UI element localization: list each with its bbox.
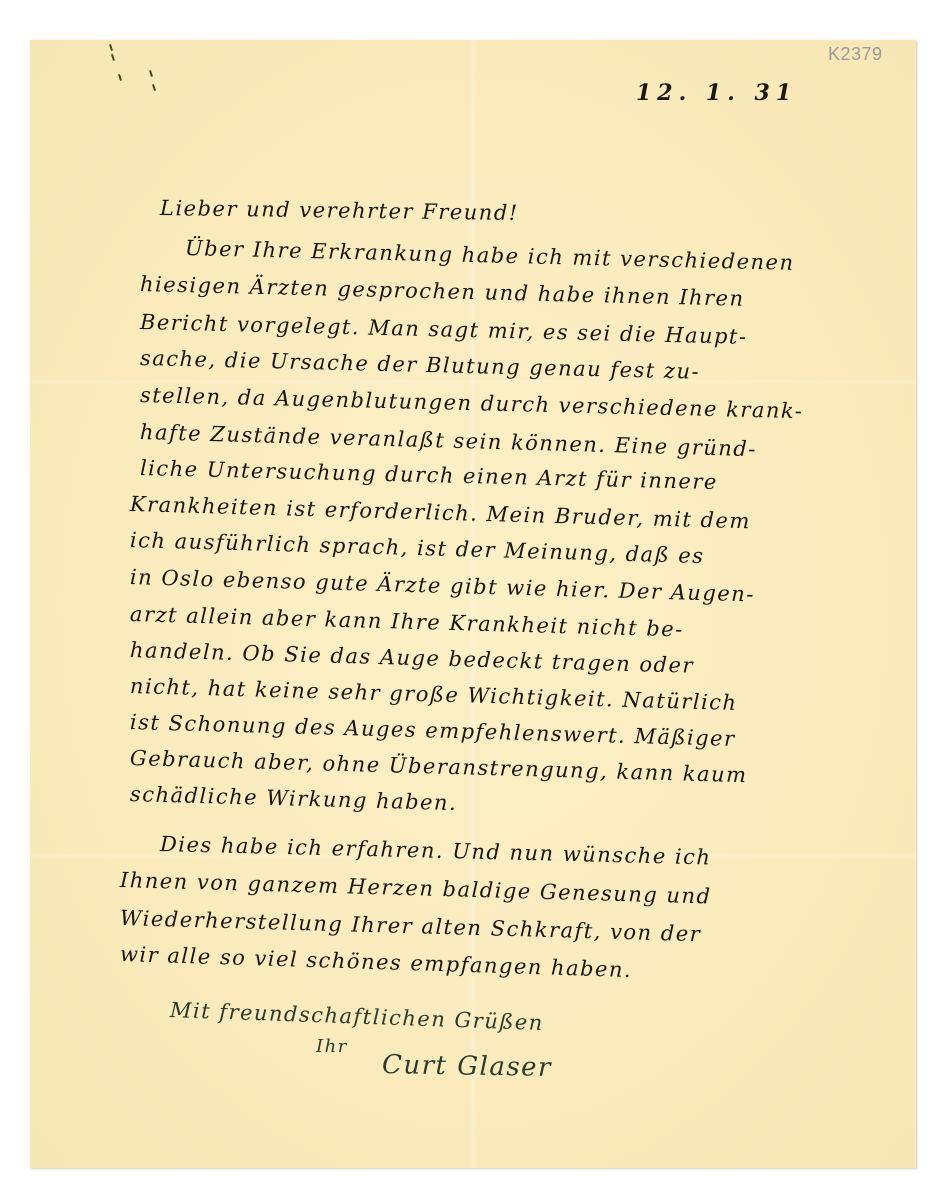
punch-mark: [152, 84, 156, 91]
salutation: Lieber und verehrter Freund!: [160, 196, 519, 225]
punch-mark: [149, 70, 153, 77]
punch-mark: [111, 54, 115, 61]
punch-mark: [118, 74, 122, 81]
archive-id: K2379: [828, 44, 883, 65]
signature: Curt Glaser: [382, 1050, 553, 1083]
letter-date: 12. 1. 31: [636, 80, 797, 106]
signature-prefix: Ihr: [316, 1036, 348, 1057]
punch-mark: [109, 44, 113, 51]
